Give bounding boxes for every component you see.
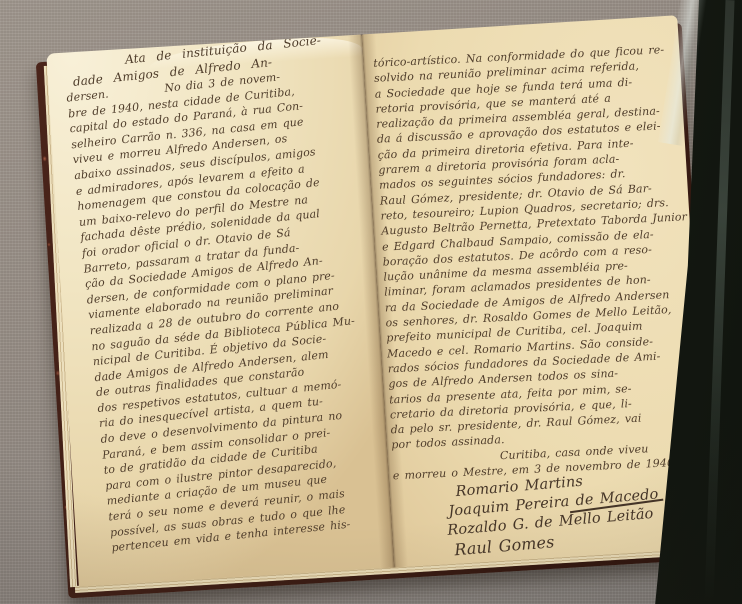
left-page-text: Ata de instituição da Socie-dade Amigos … [63,34,395,556]
signatures: Romario Martins Joaquim Pereira de Maced… [393,472,700,562]
right-page-lines: tórico-artístico. Na conformidade do que… [373,42,695,454]
glass-reflection-line [704,0,734,604]
left-page-lines: dersen. No dia 3 de novem-bre de 1940, n… [66,61,394,556]
right-page: tórico-artístico. Na conformidade do que… [362,15,710,567]
left-page: Ata de instituição da Socie-dade Amigos … [46,34,394,586]
museum-photo: Ata de instituição da Socie-dade Amigos … [0,0,742,604]
right-page-text: tórico-artístico. Na conformidade do que… [373,42,701,563]
manuscript-book: Ata de instituição da Socie-dade Amigos … [46,15,709,587]
